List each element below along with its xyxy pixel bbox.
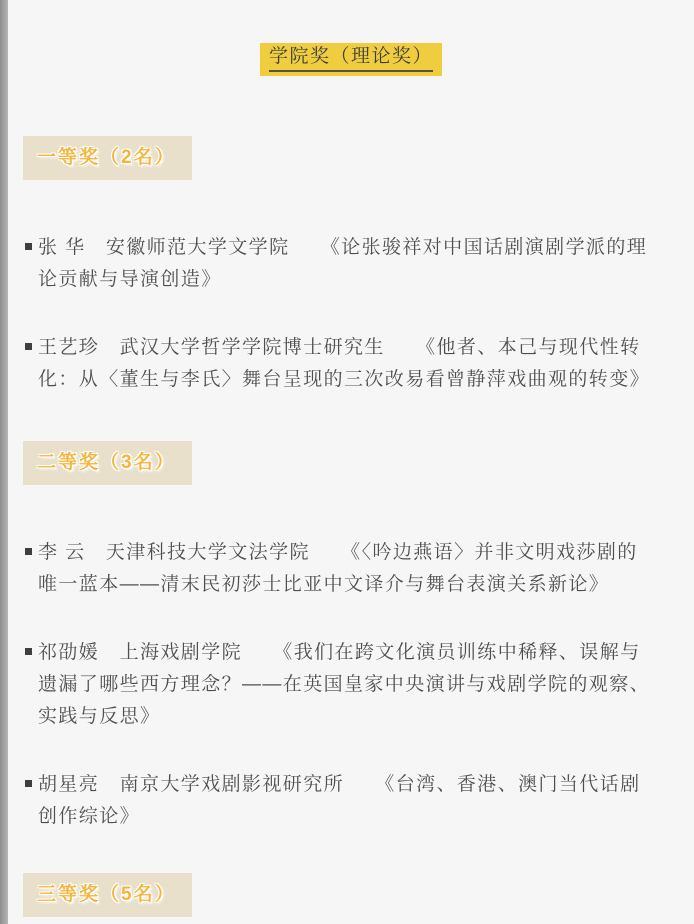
award-entry-text: 李 云 天津科技大学文法学院 《〈吟边燕语〉并非文明戏莎剧的 唯一蓝本——清末民… <box>38 537 680 601</box>
bullet-square-icon <box>25 648 32 655</box>
page-title-text: 学院奖（理论奖） <box>269 47 433 72</box>
section-heading-second-prize: 二等奖（3名） <box>23 441 192 485</box>
award-entry-text: 祁劭媛 上海戏剧学院 《我们在跨文化演员训练中稀释、误解与 遗漏了哪些西方理念？… <box>38 637 680 733</box>
page-title: 学院奖（理论奖） <box>260 43 442 76</box>
award-entry-text: 胡星亮 南京大学戏剧影视研究所 《台湾、香港、澳门当代话剧 创作综论》 <box>38 769 680 833</box>
left-edge-strip <box>0 0 8 924</box>
award-list-item: 祁劭媛 上海戏剧学院 《我们在跨文化演员训练中稀释、误解与 遗漏了哪些西方理念？… <box>38 637 680 733</box>
award-list-item: 张 华 安徽师范大学文学院 《论张骏祥对中国话剧演剧学派的理 论贡献与导演创造》 <box>38 232 680 296</box>
bullet-square-icon <box>25 548 32 555</box>
section-heading-third-prize: 三等奖（5名） <box>23 873 192 917</box>
award-list-item: 王艺珍 武汉大学哲学学院博士研究生 《他者、本己与现代性转 化：从〈董生与李氏〉… <box>38 332 680 396</box>
bullet-square-icon <box>25 243 32 250</box>
bullet-square-icon <box>25 343 32 350</box>
award-entry-text: 王艺珍 武汉大学哲学学院博士研究生 《他者、本己与现代性转 化：从〈董生与李氏〉… <box>38 332 680 396</box>
award-list-item: 胡星亮 南京大学戏剧影视研究所 《台湾、香港、澳门当代话剧 创作综论》 <box>38 769 680 833</box>
second-prize-list: 李 云 天津科技大学文法学院 《〈吟边燕语〉并非文明戏莎剧的 唯一蓝本——清末民… <box>8 537 694 833</box>
award-entry-text: 张 华 安徽师范大学文学院 《论张骏祥对中国话剧演剧学派的理 论贡献与导演创造》 <box>38 232 680 296</box>
section-heading-first-prize: 一等奖（2名） <box>23 136 192 180</box>
first-prize-list: 张 华 安徽师范大学文学院 《论张骏祥对中国话剧演剧学派的理 论贡献与导演创造》… <box>8 232 694 396</box>
bullet-square-icon <box>25 780 32 787</box>
title-row: 学院奖（理论奖） <box>8 0 694 76</box>
award-list-item: 李 云 天津科技大学文法学院 《〈吟边燕语〉并非文明戏莎剧的 唯一蓝本——清末民… <box>38 537 680 601</box>
document-page: 学院奖（理论奖） 一等奖（2名） 张 华 安徽师范大学文学院 《论张骏祥对中国话… <box>8 0 694 917</box>
